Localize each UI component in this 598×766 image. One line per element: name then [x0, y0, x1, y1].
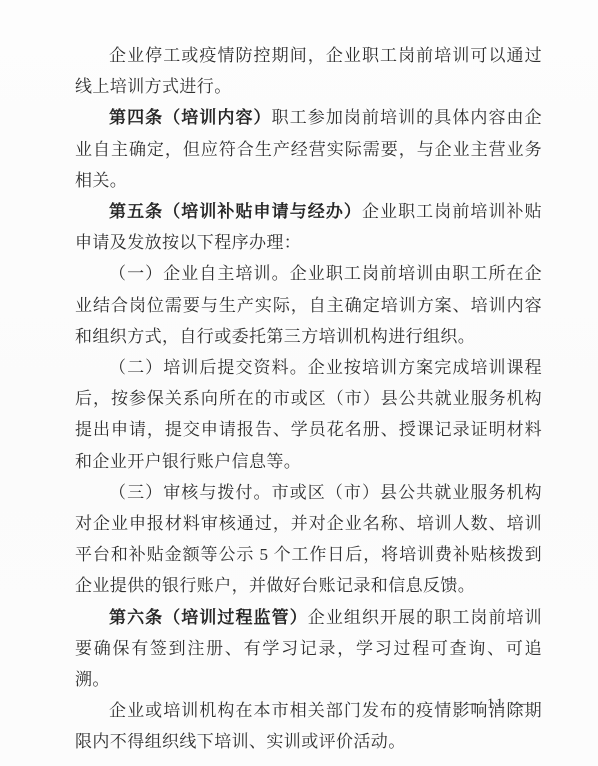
paragraph: （一）企业自主培训。企业职工岗前培训由职工所在企业结合岗位需要与生产实际，自主确… [75, 258, 542, 352]
paragraph: （三）审核与拨付。市或区（市）县公共就业服务机构对企业申报材料审核通过，并对企业… [75, 477, 542, 602]
paragraph-text: （二）培训后提交资料。企业按培训方案完成培训课程后，按参保关系向所在的市或区（市… [75, 358, 542, 471]
article-lead: 第四条（培训内容） [109, 108, 272, 127]
document-body: 企业停工或疫情防控期间，企业职工岗前培训可以通过线上培训方式进行。第四条（培训内… [75, 40, 542, 758]
document-page: 企业停工或疫情防控期间，企业职工岗前培训可以通过线上培训方式进行。第四条（培训内… [0, 0, 598, 766]
paragraph: 第六条（培训过程监管）企业组织开展的职工岗前培训要确保有签到注册、有学习记录，学… [75, 602, 542, 696]
paragraph: 企业停工或疫情防控期间，企业职工岗前培训可以通过线上培训方式进行。 [75, 40, 542, 102]
page-number: — 11 — [464, 696, 528, 713]
paragraph: （二）培训后提交资料。企业按培训方案完成培训课程后，按参保关系向所在的市或区（市… [75, 352, 542, 477]
paragraph-text: （一）企业自主培训。企业职工岗前培训由职工所在企业结合岗位需要与生产实际，自主确… [75, 264, 542, 345]
paragraph: 第五条（培训补贴申请与经办）企业职工岗前培训补贴申请及发放按以下程序办理： [75, 196, 542, 258]
paragraph-text: 企业停工或疫情防控期间，企业职工岗前培训可以通过线上培训方式进行。 [75, 46, 542, 96]
paragraph-text: （三）审核与拨付。市或区（市）县公共就业服务机构对企业申报材料审核通过，并对企业… [75, 483, 542, 596]
article-lead: 第六条（培训过程监管） [109, 608, 308, 627]
paragraph: 第四条（培训内容）职工参加岗前培训的具体内容由企业自主确定，但应符合生产经营实际… [75, 102, 542, 196]
article-lead: 第五条（培训补贴申请与经办） [109, 202, 362, 221]
